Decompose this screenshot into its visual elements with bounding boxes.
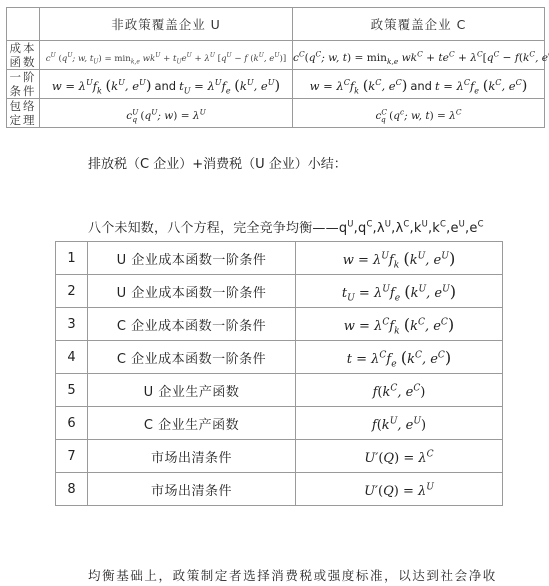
equation-description: U 企业成本函数一阶条件 bbox=[88, 275, 296, 308]
equation-row: 2 U 企业成本函数一阶条件 tU = λUfe (kU, eU) bbox=[56, 275, 503, 308]
footer-paragraph: 均衡基础上，政策制定者选择消费税或强度标准，以达到社会净收 bbox=[88, 566, 497, 584]
equation-row: 3 C 企业成本函数一阶条件 w = λCfk (kC, eC) bbox=[56, 308, 503, 341]
equation-number: 3 bbox=[56, 308, 88, 341]
firm-comparison-table: 非政策覆盖企业 U 政策覆盖企业 C 成本 函数 cU (qU; w, tU) … bbox=[6, 7, 545, 128]
equation-formula: tU = λUfe (kU, eU) bbox=[296, 275, 503, 308]
equation-row: 4 C 企业成本函数一阶条件 t = λCfe (kC, eC) bbox=[56, 341, 503, 374]
header-uncovered-firm-u: 非政策覆盖企业 U bbox=[40, 8, 293, 41]
equation-description: C 企业成本函数一阶条件 bbox=[88, 341, 296, 374]
equation-formula: U′(Q) = λU bbox=[296, 473, 503, 506]
equation-row: 7 市场出清条件 U′(Q) = λC bbox=[56, 440, 503, 473]
equation-description: 市场出清条件 bbox=[88, 473, 296, 506]
equation-number: 7 bbox=[56, 440, 88, 473]
equation-number: 4 bbox=[56, 341, 88, 374]
equation-row: 8 市场出清条件 U′(Q) = λU bbox=[56, 473, 503, 506]
equation-number: 2 bbox=[56, 275, 88, 308]
foc-c: w = λCfk (kC, eC)andt = λCfe (kC, eC) bbox=[293, 70, 545, 99]
equation-formula: f(kC, eC) bbox=[296, 374, 503, 407]
equation-formula: w = λCfk (kC, eC) bbox=[296, 308, 503, 341]
equation-description: C 企业成本函数一阶条件 bbox=[88, 308, 296, 341]
envelope-c-formula: cCq (qc; w, t) = λC bbox=[376, 110, 462, 122]
unknowns-variables: qU,qC,λU,λC,kU,kC,eU,eC bbox=[339, 221, 484, 236]
cost-function-c-formula: cC(qC; w, t) = mink,e wkC + teC + λC[qC … bbox=[293, 52, 549, 64]
summary-title: 排放税（C 企业）+消费税（U 企业）小结： bbox=[88, 153, 347, 172]
comparison-header-row: 非政策覆盖企业 U 政策覆盖企业 C bbox=[7, 8, 545, 41]
equation-row: 1 U 企业成本函数一阶条件 w = λUfk (kU, eU) bbox=[56, 242, 503, 275]
equation-formula: t = λCfe (kC, eC) bbox=[296, 341, 503, 374]
equation-description: C 企业生产函数 bbox=[88, 407, 296, 440]
equation-description: U 企业成本函数一阶条件 bbox=[88, 242, 296, 275]
equation-number: 5 bbox=[56, 374, 88, 407]
equilibrium-equations-table: 1 U 企业成本函数一阶条件 w = λUfk (kU, eU) 2 U 企业成… bbox=[55, 241, 503, 506]
foc-c-formula: w = λCfk (kC, eC)andt = λCfe (kC, eC) bbox=[310, 79, 528, 93]
envelope-c: cCq (qc; w, t) = λC bbox=[293, 99, 545, 128]
header-covered-firm-c: 政策覆盖企业 C bbox=[293, 8, 545, 41]
unknowns-prefix: 八个未知数，八个方程，完全竞争均衡—— bbox=[88, 221, 339, 236]
cost-function-row: 成本 函数 cU (qU; w, tU) = mink,e wkU + tUeU… bbox=[7, 41, 545, 70]
header-empty-cell bbox=[7, 8, 40, 41]
row-label-envelope-theorem: 包络 定理 bbox=[7, 99, 40, 128]
equation-formula: f(kU, eU) bbox=[296, 407, 503, 440]
equation-formula: w = λUfk (kU, eU) bbox=[296, 242, 503, 275]
cost-function-u: cU (qU; w, tU) = mink,e wkU + tUeU + λU … bbox=[40, 41, 293, 70]
equation-row: 6 C 企业生产函数 f(kU, eU) bbox=[56, 407, 503, 440]
equation-number: 1 bbox=[56, 242, 88, 275]
equation-number: 8 bbox=[56, 473, 88, 506]
foc-u: w = λUfk (kU, eU)andtU = λUfe (kU, eU) bbox=[40, 70, 293, 99]
unknowns-line: 八个未知数，八个方程，完全竞争均衡——qU,qC,λU,λC,kU,kC,eU,… bbox=[88, 217, 484, 236]
first-order-condition-row: 一阶 条件 w = λUfk (kU, eU)andtU = λUfe (kU,… bbox=[7, 70, 545, 99]
row-label-cost-function: 成本 函数 bbox=[7, 41, 40, 70]
envelope-u-formula: cUq (qU; w) = λU bbox=[126, 110, 206, 122]
row-label-first-order-condition: 一阶 条件 bbox=[7, 70, 40, 99]
cost-function-c: cC(qC; w, t) = mink,e wkC + teC + λC[qC … bbox=[293, 41, 545, 70]
equation-description: U 企业生产函数 bbox=[88, 374, 296, 407]
equation-row: 5 U 企业生产函数 f(kC, eC) bbox=[56, 374, 503, 407]
foc-u-formula: w = λUfk (kU, eU)andtU = λUfe (kU, eU) bbox=[52, 79, 280, 93]
equation-description: 市场出清条件 bbox=[88, 440, 296, 473]
envelope-u: cUq (qU; w) = λU bbox=[40, 99, 293, 128]
envelope-theorem-row: 包络 定理 cUq (qU; w) = λU cCq (qc; w, t) = … bbox=[7, 99, 545, 128]
equation-number: 6 bbox=[56, 407, 88, 440]
cost-function-u-formula: cU (qU; w, tU) = mink,e wkU + tUeU + λU … bbox=[46, 54, 286, 64]
equation-formula: U′(Q) = λC bbox=[296, 440, 503, 473]
